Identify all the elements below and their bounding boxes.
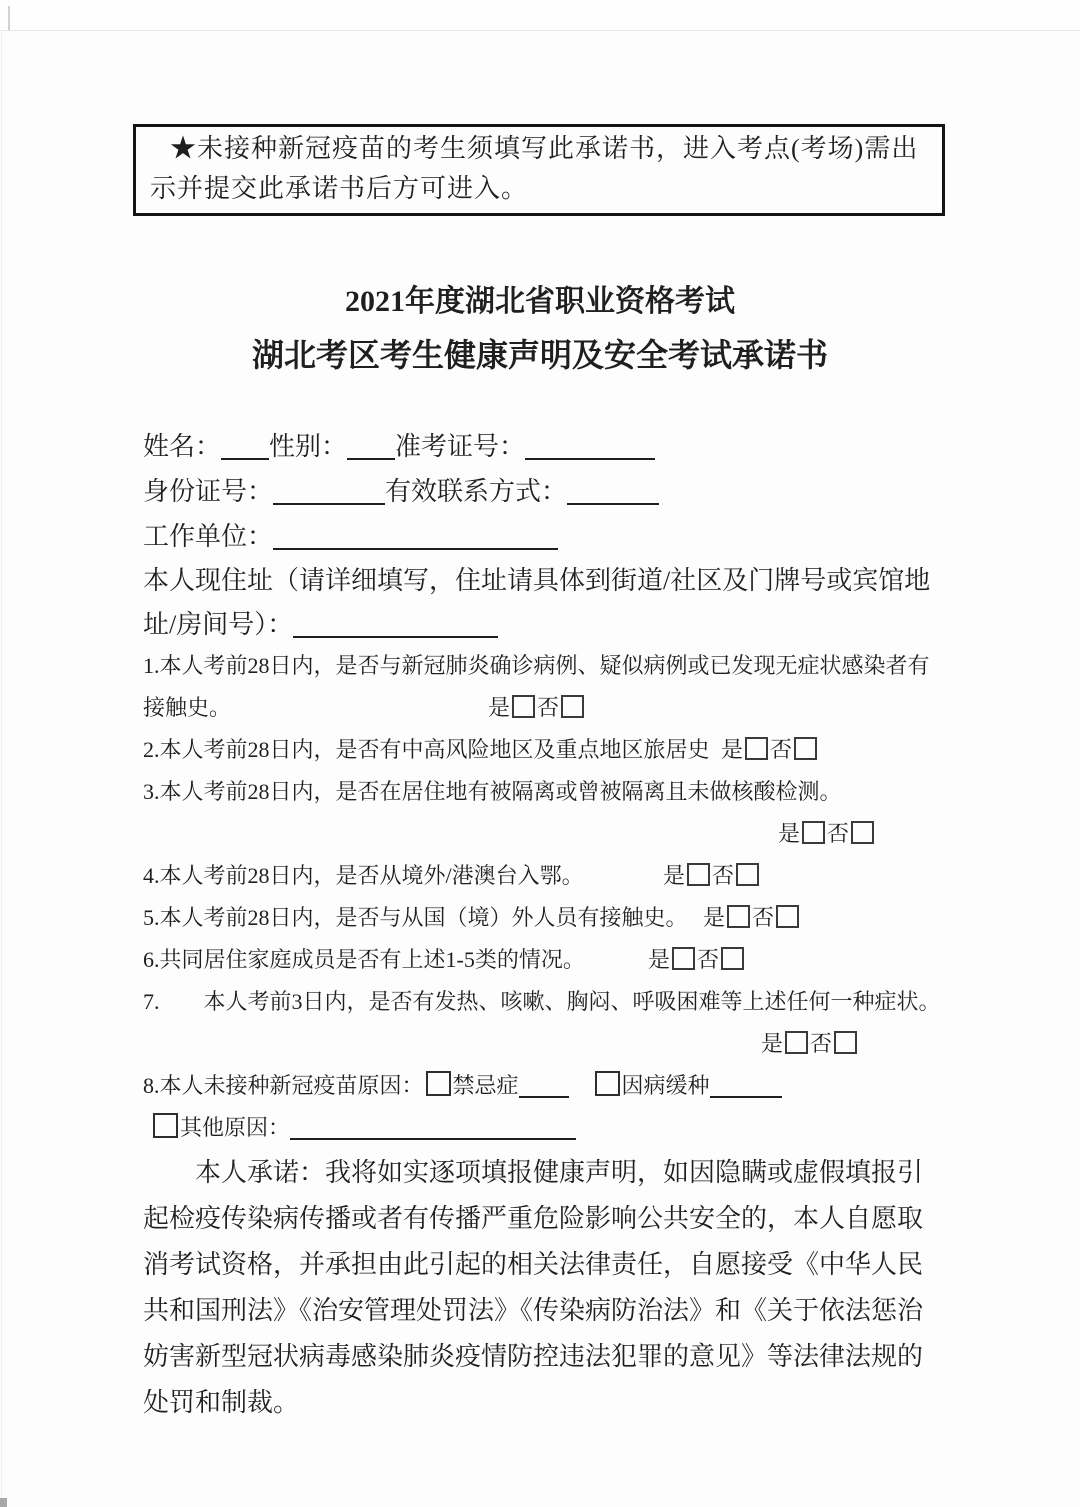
question-4-text: 4.本人考前28日内，是否从境外/港澳台入鄂。 <box>143 863 584 888</box>
yes-checkbox <box>802 821 825 844</box>
gender-label: 性别： <box>269 432 347 461</box>
question-8: 8.本人未接种新冠疫苗原因：禁忌症因病缓种 其他原因： <box>143 1065 950 1149</box>
other-reason-blank <box>290 1118 576 1140</box>
question-2-answers: 是否 <box>721 729 819 771</box>
contraindication-label: 禁忌症 <box>453 1073 519 1098</box>
exam-title: 2021年度湖北省职业资格考试 <box>0 276 1080 320</box>
deferred-blank <box>710 1076 782 1098</box>
no-label: 否 <box>827 821 849 846</box>
document-page: ★未接种新冠疫苗的考生须填写此承诺书，进入考点(考场)需出示并提交此承诺书后方可… <box>0 0 1080 1507</box>
question-5-answers: 是否 <box>703 897 801 939</box>
contraindication-checkbox <box>426 1071 451 1096</box>
question-5-text: 5.本人考前28日内，是否与从国（境）外人员有接触史。 <box>143 905 688 930</box>
yes-label: 是 <box>488 695 510 720</box>
contact-blank <box>567 483 659 505</box>
form-row-employer: 工作单位： <box>143 514 953 559</box>
id-number-blank <box>273 483 385 505</box>
yes-checkbox <box>672 947 695 970</box>
no-label: 否 <box>712 863 734 888</box>
scan-top-edge <box>0 0 1080 31</box>
question-7-answers: 是否 <box>761 1023 859 1065</box>
yes-label: 是 <box>778 821 800 846</box>
question-5: 5.本人考前28日内，是否与从国（境）外人员有接触史。 是否 <box>143 897 950 939</box>
yes-checkbox <box>785 1031 808 1054</box>
yes-label: 是 <box>663 863 685 888</box>
yes-checkbox <box>687 863 710 886</box>
question-4: 4.本人考前28日内，是否从境外/港澳台入鄂。 是否 <box>143 855 950 897</box>
question-6-text: 6.共同居住家庭成员是否有上述1-5类的情况。 <box>143 947 585 972</box>
address-section: 本人现住址（请详细填写，住址请具体到街道/社区及门牌号或宾馆地址/房间号）： <box>143 559 945 647</box>
question-4-answers: 是否 <box>663 855 761 897</box>
yes-label: 是 <box>648 947 670 972</box>
ticket-blank <box>525 438 655 460</box>
address-label: 本人现住址（请详细填写，住址请具体到街道/社区及门牌号或宾馆地址/房间号）： <box>143 566 930 639</box>
question-8-line-1: 8.本人未接种新冠疫苗原因：禁忌症因病缓种 <box>143 1065 950 1107</box>
question-1-answers: 是否 <box>488 687 586 729</box>
question-6-answers: 是否 <box>648 939 746 981</box>
yes-checkbox <box>745 737 768 760</box>
no-label: 否 <box>752 905 774 930</box>
other-reason-label: 其他原因： <box>180 1115 290 1140</box>
question-7-text: 7. 本人考前3日内，是否有发热、咳嗽、胸闷、呼吸困难等上述任何一种症状。 <box>143 989 941 1014</box>
question-6: 6.共同居住家庭成员是否有上述1-5类的情况。 是否 <box>143 939 950 981</box>
employer-blank <box>273 528 558 550</box>
pledge-paragraph: 本人承诺：我将如实逐项填报健康声明，如因隐瞒或虚假填报引起检疫传染病传播或者有传… <box>143 1150 945 1426</box>
no-checkbox <box>834 1031 857 1054</box>
yes-checkbox <box>727 905 750 928</box>
deferred-label: 因病缓种 <box>622 1073 710 1098</box>
no-checkbox <box>561 695 584 718</box>
yes-label: 是 <box>721 737 743 762</box>
question-1-text: 1.本人考前28日内，是否与新冠肺炎确诊病例、疑似病例或已发现无症状感染者有 <box>143 653 930 678</box>
id-number-label: 身份证号： <box>143 477 273 506</box>
question-3: 3.本人考前28日内，是否在居住地有被隔离或曾被隔离且未做核酸检测。 是否 <box>143 771 950 855</box>
scan-left-edge <box>1 30 2 1507</box>
question-8-label: 8.本人未接种新冠疫苗原因： <box>143 1073 424 1098</box>
vaccination-notice-box: ★未接种新冠疫苗的考生须填写此承诺书，进入考点(考场)需出示并提交此承诺书后方可… <box>133 124 945 216</box>
scan-artifact-left <box>8 6 10 30</box>
ticket-label: 准考证号： <box>395 432 525 461</box>
no-label: 否 <box>770 737 792 762</box>
no-label: 否 <box>537 695 559 720</box>
no-checkbox <box>736 863 759 886</box>
vaccination-notice-text: ★未接种新冠疫苗的考生须填写此承诺书，进入考点(考场)需出示并提交此承诺书后方可… <box>150 134 918 203</box>
personal-info-section: 姓名：性别：准考证号： 身份证号：有效联系方式： 工作单位： <box>143 424 953 559</box>
question-7: 7. 本人考前3日内，是否有发热、咳嗽、胸闷、呼吸困难等上述任何一种症状。 是否 <box>143 981 950 1065</box>
no-label: 否 <box>810 1031 832 1056</box>
no-checkbox <box>721 947 744 970</box>
question-3-answers: 是否 <box>778 813 876 855</box>
yes-checkbox <box>512 695 535 718</box>
other-reason-checkbox <box>153 1113 178 1138</box>
no-checkbox <box>851 821 874 844</box>
form-row-id-contact: 身份证号：有效联系方式： <box>143 469 953 514</box>
name-label: 姓名： <box>143 432 221 461</box>
address-blank <box>293 616 498 638</box>
no-checkbox <box>794 737 817 760</box>
declaration-title: 湖北考区考生健康声明及安全考试承诺书 <box>0 330 1080 376</box>
yes-label: 是 <box>703 905 725 930</box>
no-checkbox <box>776 905 799 928</box>
question-3-text: 3.本人考前28日内，是否在居住地有被隔离或曾被隔离且未做核酸检测。 <box>143 779 842 804</box>
form-row-name-gender-ticket: 姓名：性别：准考证号： <box>143 424 953 469</box>
question-1: 1.本人考前28日内，是否与新冠肺炎确诊病例、疑似病例或已发现无症状感染者有接触… <box>143 645 950 729</box>
deferred-checkbox <box>595 1071 620 1096</box>
health-questions-section: 1.本人考前28日内，是否与新冠肺炎确诊病例、疑似病例或已发现无症状感染者有接触… <box>143 645 950 1149</box>
employer-label: 工作单位： <box>143 522 273 551</box>
question-2-text: 2.本人考前28日内，是否有中高风险地区及重点地区旅居史 <box>143 737 710 762</box>
scan-artifact-bottom <box>0 1498 7 1507</box>
gender-blank <box>347 438 395 460</box>
question-2: 2.本人考前28日内，是否有中高风险地区及重点地区旅居史 是否 <box>143 729 950 771</box>
contact-label: 有效联系方式： <box>385 477 567 506</box>
no-label: 否 <box>697 947 719 972</box>
name-blank <box>221 438 269 460</box>
contraindication-blank <box>519 1076 569 1098</box>
yes-label: 是 <box>761 1031 783 1056</box>
question-1-text-cont: 接触史。 <box>143 695 231 720</box>
question-8-line-2: 其他原因： <box>143 1107 950 1149</box>
